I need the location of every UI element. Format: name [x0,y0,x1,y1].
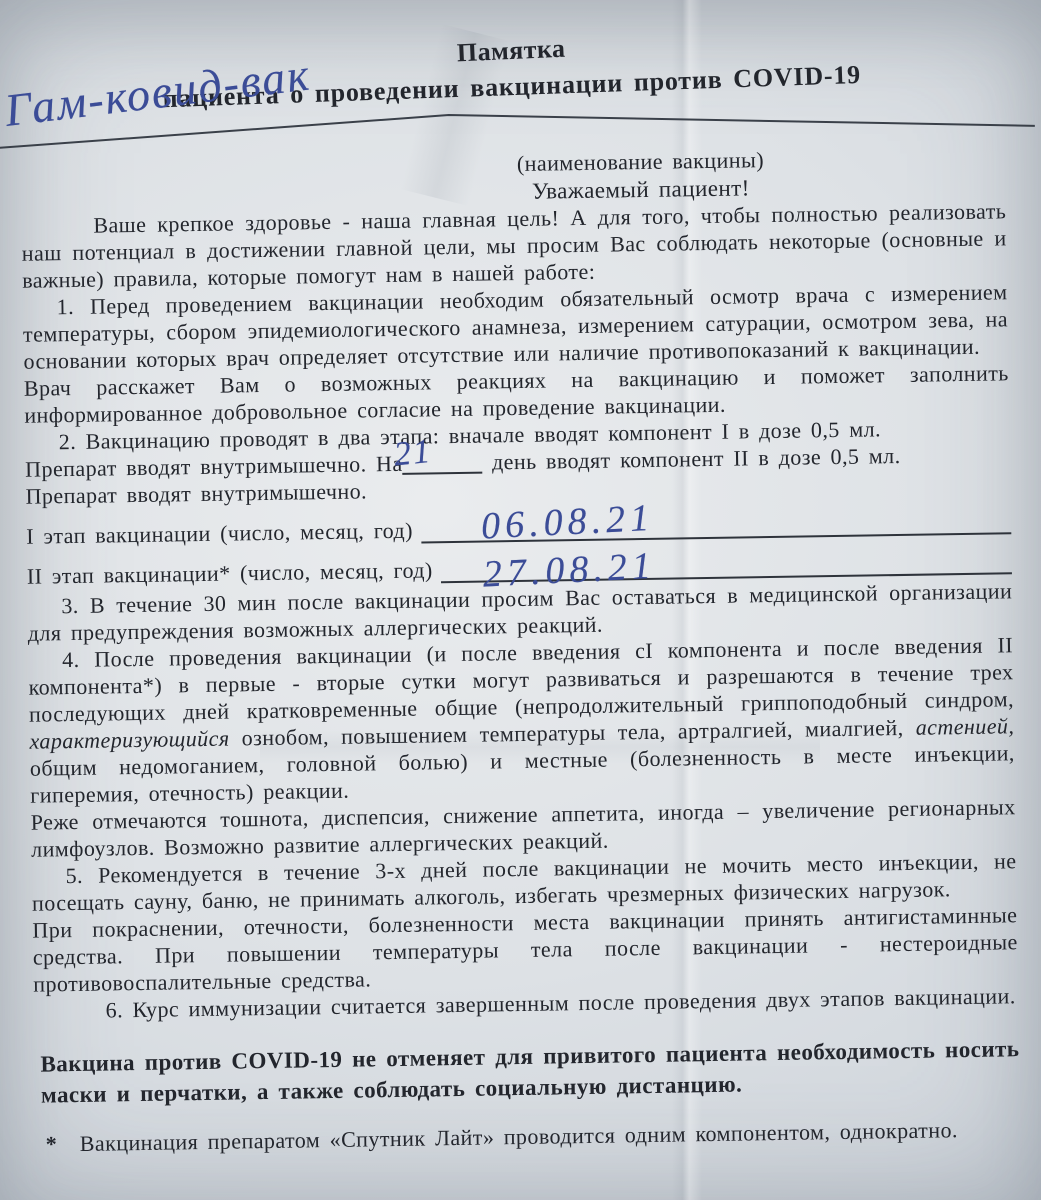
footnote-text: Вакцинация препаратом «Спутник Лайт» про… [80,1115,1021,1157]
photographed-document: Памятка пациента о проведении вакцинации… [0,0,1041,1200]
item-2-line2-suffix: день вводят компонент II в дозе 0,5 мл. [492,443,901,474]
footnote-row: * Вакцинация препаратом «Спутник Лайт» п… [46,1115,1021,1157]
paper-sheet: Памятка пациента о проведении вакцинации… [0,0,1041,1200]
document-content: Памятка пациента о проведении вакцинации… [18,0,1021,1158]
handwritten-stage1-date: 06.08.21 [480,499,655,546]
handwritten-day-number: 21 [393,435,434,473]
item-4-paragraph: 4. После проведения вакцинации (и после … [28,631,1015,808]
day-number-blank: 21 [402,450,482,475]
item-1-paragraph: 1. Перед проведением вакцинации необходи… [22,278,1008,374]
intro-paragraph: Ваше крепкое здоровье - наша главная цел… [21,197,1007,293]
item-5-note: При покраснении, отечности, болезненност… [32,901,1018,997]
footnote-marker: * [46,1130,80,1158]
stage1-date-row: I этап вакцинации (число, месяц, год) 06… [26,503,1011,549]
handwritten-stage2-date: 27.08.21 [482,547,657,594]
stage1-label: I этап вакцинации (число, месяц, год) [26,517,413,550]
item-4-part1: 4. После проведения вакцинации (и после … [28,632,1014,726]
warning-paragraph: Вакцина против COVID-19 не отменяет для … [40,1033,1020,1110]
stage1-date-blank: 06.08.21 [421,502,1012,543]
item-4-italic1: характеризующийся [29,726,229,754]
item-4-italic2: астенией, [916,713,1015,740]
